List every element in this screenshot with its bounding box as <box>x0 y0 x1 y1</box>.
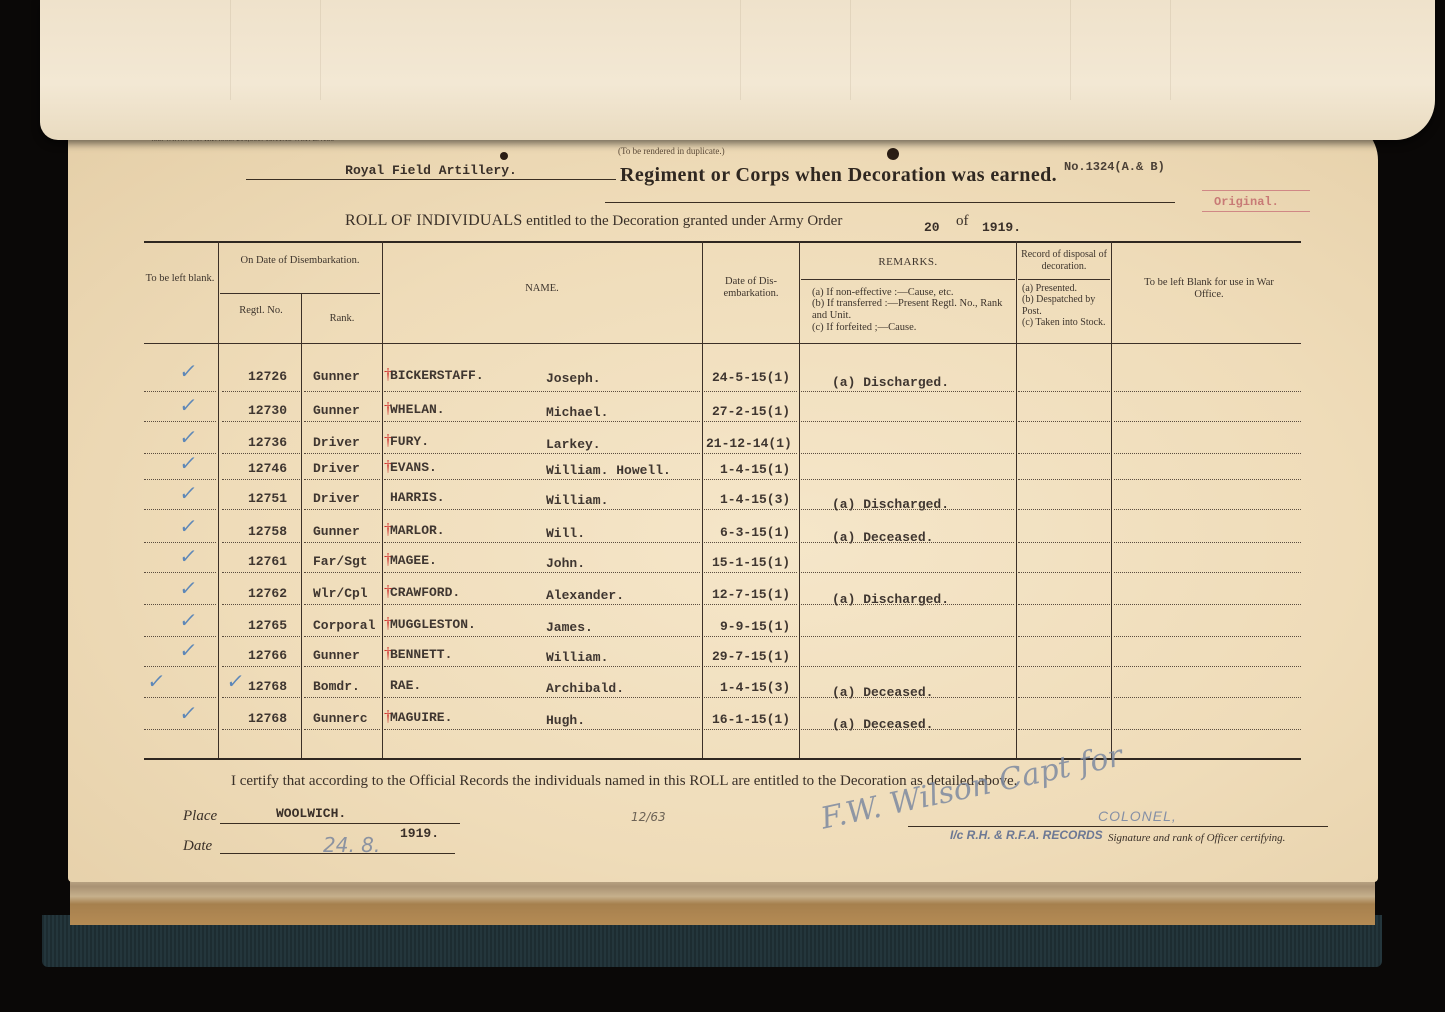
disembarkation-date: 21-12-14(1) <box>706 436 792 451</box>
row-rule <box>304 697 380 698</box>
row-rule <box>1018 636 1110 637</box>
surname: †MAGEE. <box>384 551 437 569</box>
header-to-be-left-blank: To be left blank. <box>144 273 216 285</box>
disembarkation-date: 9-9-15(1) <box>720 619 790 634</box>
header-on-date: On Date of Disembarkation. <box>222 255 378 267</box>
previous-page-flipped <box>40 0 1435 140</box>
row-rule <box>144 391 216 392</box>
row-rule <box>1018 542 1110 543</box>
surname-text: FURY. <box>390 434 429 449</box>
row-rule <box>704 572 797 573</box>
row-rule <box>304 666 380 667</box>
header-regtl-no: Regtl. No. <box>222 305 300 317</box>
surname-text: MARLOR. <box>390 523 445 538</box>
row-rule <box>304 479 380 480</box>
row-rule <box>1018 391 1110 392</box>
forename: Larkey. <box>546 437 601 452</box>
disembarkation-date: 24-5-15(1) <box>712 370 790 385</box>
row-rule <box>384 729 700 730</box>
forename: William. Howell. <box>546 463 671 478</box>
row-rule <box>801 421 1014 422</box>
divider <box>220 293 380 294</box>
row-rule <box>1114 729 1301 730</box>
rank: Gunner <box>313 648 360 663</box>
checkmark-icon: ✓ <box>178 608 199 632</box>
surname-text: MUGGLESTON. <box>390 617 476 632</box>
header-name: NAME. <box>384 283 700 295</box>
row-rule <box>801 636 1014 637</box>
regtl-no: 12768 <box>248 679 287 694</box>
row-rule <box>1018 666 1110 667</box>
surname: HARRIS. <box>384 488 445 506</box>
header-remarks-b: (b) If transferred :—Present Regtl. No.,… <box>812 298 1012 321</box>
row-rule <box>1114 572 1301 573</box>
forename: James. <box>546 620 593 635</box>
checkmark-icon: ✓ <box>178 576 199 600</box>
regtl-no: 12751 <box>248 491 287 506</box>
army-order-year: 1919. <box>982 220 1021 235</box>
disembarkation-date: 12-7-15(1) <box>712 587 790 602</box>
row-rule <box>144 604 216 605</box>
row-rule <box>801 729 1014 730</box>
divider <box>1016 241 1017 759</box>
row-rule <box>704 697 797 698</box>
row-rule <box>144 509 216 510</box>
duplicate-note: (To be rendered in duplicate.) <box>618 146 725 156</box>
surname-text: MAGUIRE. <box>390 710 452 725</box>
row-rule <box>144 636 216 637</box>
row-rule <box>384 391 700 392</box>
divider <box>301 293 302 759</box>
original-stamp: Original. <box>1202 190 1310 212</box>
divider <box>144 343 1301 344</box>
surname-text: WHELAN. <box>390 402 445 417</box>
regtl-no: 12766 <box>248 648 287 663</box>
place-label: Place <box>183 808 217 825</box>
row-rule <box>1018 479 1110 480</box>
row-rule <box>304 604 380 605</box>
checkmark-icon: ✓ <box>178 393 199 417</box>
row-rule <box>1114 391 1301 392</box>
checkmark-icon: ✓ <box>178 638 199 662</box>
row-rule <box>801 542 1014 543</box>
checkmark-icon: ✓ <box>178 481 199 505</box>
forename: Alexander. <box>546 588 624 603</box>
row-rule <box>304 453 380 454</box>
disembarkation-date: 15-1-15(1) <box>712 555 790 570</box>
form-number: No.1324(A.& B) <box>1064 160 1165 174</box>
row-rule <box>304 729 380 730</box>
disembarkation-date: 27-2-15(1) <box>712 404 790 419</box>
divider <box>1111 241 1112 759</box>
records-stamp: I/c R.H. & R.F.A. RECORDS <box>950 828 1103 842</box>
regtl-no: 12730 <box>248 403 287 418</box>
row-rule <box>144 453 216 454</box>
row-rule <box>304 509 380 510</box>
row-rule <box>1018 572 1110 573</box>
surname: †BENNETT. <box>384 645 452 663</box>
date-handwritten: 24. 8. <box>323 833 380 857</box>
row-rule <box>304 636 380 637</box>
surname-text: BENNETT. <box>390 647 452 662</box>
row-rule <box>384 421 700 422</box>
divider <box>1018 279 1110 280</box>
row-rule <box>384 479 700 480</box>
row-rule <box>801 479 1014 480</box>
surname-text: RAE. <box>390 678 421 693</box>
regtl-no: 12736 <box>248 435 287 450</box>
row-rule <box>1114 479 1301 480</box>
row-rule <box>222 542 300 543</box>
row-rule <box>384 697 700 698</box>
row-rule <box>222 509 300 510</box>
roll-heading-caps: ROLL OF INDIVIDUALS <box>345 212 522 229</box>
roll-heading-text: entitled to the Decoration granted under… <box>526 213 842 229</box>
row-rule <box>1114 666 1301 667</box>
row-rule <box>222 453 300 454</box>
divider <box>144 241 1301 243</box>
row-rule <box>1114 421 1301 422</box>
rank: Far/Sgt <box>313 554 368 569</box>
row-rule <box>304 542 380 543</box>
row-rule <box>1018 421 1110 422</box>
roll-heading: ROLL OF INDIVIDUALS entitled to the Deco… <box>345 212 842 230</box>
checkmark-icon: ✓ <box>178 701 199 725</box>
row-rule <box>801 666 1014 667</box>
regiment-title: Regiment or Corps when Decoration was ea… <box>620 164 1057 187</box>
disembarkation-date: 1-4-15(3) <box>720 680 790 695</box>
disembarkation-date: 1-4-15(3) <box>720 492 790 507</box>
row-rule <box>704 729 797 730</box>
regtl-no: 12768 <box>248 711 287 726</box>
header-date-disembarkation: Date of Dis- embarkation. <box>706 276 796 299</box>
header-remarks: REMARKS. <box>801 257 1015 269</box>
colonel-stamp: COLONEL, <box>1098 808 1177 824</box>
rank: Driver <box>313 491 360 506</box>
surname: †FURY. <box>384 432 429 450</box>
disembarkation-date: 6-3-15(1) <box>720 525 790 540</box>
row-rule <box>384 572 700 573</box>
divider <box>382 241 383 759</box>
row-rule <box>222 421 300 422</box>
row-rule <box>704 421 797 422</box>
row-rule <box>1018 604 1110 605</box>
header-remarks-a: (a) If non-effective :—Cause, etc. <box>812 287 1012 299</box>
pencil-note: 12/63 <box>631 810 666 824</box>
row-rule <box>704 509 797 510</box>
surname-text: CRAWFORD. <box>390 585 460 600</box>
divider <box>801 279 1015 280</box>
row-rule <box>222 636 300 637</box>
rank: Driver <box>313 435 360 450</box>
forename: Hugh. <box>546 713 585 728</box>
rank: Bomdr. <box>313 679 360 694</box>
row-rule <box>222 572 300 573</box>
row-rule <box>1114 697 1301 698</box>
disembarkation-date: 1-4-15(1) <box>720 462 790 477</box>
signature-line <box>908 826 1328 827</box>
regtl-no: 12758 <box>248 524 287 539</box>
signature-caption: Signature and rank of Officer certifying… <box>1108 832 1285 844</box>
row-rule <box>1018 697 1110 698</box>
forename: John. <box>546 556 585 571</box>
row-rule <box>222 479 300 480</box>
divider <box>702 241 703 759</box>
header-record-disposal: Record of disposal of decoration. <box>1018 249 1110 272</box>
row-rule <box>704 391 797 392</box>
header-war-office: To be left Blank for use in War Office. <box>1144 277 1274 300</box>
row-rule <box>1018 729 1110 730</box>
date-label: Date <box>183 838 212 855</box>
row-rule <box>1114 509 1301 510</box>
surname: †WHELAN. <box>384 400 445 418</box>
date-year: 1919. <box>400 826 439 841</box>
row-rule <box>1114 453 1301 454</box>
row-rule <box>704 453 797 454</box>
punch-hole <box>500 152 508 160</box>
row-rule <box>704 666 797 667</box>
checkmark-icon: ✓ <box>178 359 199 383</box>
row-rule <box>704 604 797 605</box>
row-rule <box>144 697 216 698</box>
surname-text: EVANS. <box>390 460 437 475</box>
rank: Gunnerc <box>313 711 368 726</box>
divider <box>799 241 800 759</box>
row-rule <box>384 453 700 454</box>
row-rule <box>1114 604 1301 605</box>
row-rule <box>384 604 700 605</box>
row-rule <box>384 636 700 637</box>
row-rule <box>144 542 216 543</box>
forename: Joseph. <box>546 371 601 386</box>
row-rule <box>304 391 380 392</box>
divider <box>605 202 1175 203</box>
row-rule <box>801 572 1014 573</box>
forename: Archibald. <box>546 681 624 696</box>
row-rule <box>222 697 300 698</box>
forename: Will. <box>546 526 585 541</box>
row-rule <box>304 572 380 573</box>
regtl-no: 12765 <box>248 618 287 633</box>
surname: RAE. <box>384 676 421 694</box>
checkmark-icon: ✓ <box>178 544 199 568</box>
surname: †BICKERSTAFF. <box>384 366 484 384</box>
header-disposal-c: (c) Taken into Stock. <box>1022 317 1108 329</box>
row-rule <box>384 509 700 510</box>
army-order-number: 20 <box>924 220 940 235</box>
checkmark-icon: ✓ <box>178 425 199 449</box>
surname: †MUGGLESTON. <box>384 615 476 633</box>
regiment-name: Royal Field Artillery. <box>246 163 616 180</box>
row-rule <box>1018 509 1110 510</box>
checkmark-icon: ✓ <box>178 514 199 538</box>
row-rule <box>144 572 216 573</box>
regtl-no: 12762 <box>248 586 287 601</box>
row-rule <box>704 542 797 543</box>
row-rule <box>801 697 1014 698</box>
rank: Corporal <box>313 618 375 633</box>
row-rule <box>801 604 1014 605</box>
row-rule <box>304 421 380 422</box>
rank: Wlr/Cpl <box>313 586 368 601</box>
rank: Gunner <box>313 369 360 384</box>
row-rule <box>222 666 300 667</box>
row-rule <box>144 666 216 667</box>
forename: William. <box>546 650 608 665</box>
surname-text: BICKERSTAFF. <box>390 368 484 383</box>
divider <box>144 758 1301 760</box>
row-rule <box>384 542 700 543</box>
surname-text: HARRIS. <box>390 490 445 505</box>
checkmark-icon: ✓ <box>178 451 199 475</box>
row-rule <box>801 453 1014 454</box>
regtl-no: 12746 <box>248 461 287 476</box>
row-rule <box>1018 453 1110 454</box>
row-rule <box>222 391 300 392</box>
surname: †EVANS. <box>384 458 437 476</box>
row-rule <box>222 729 300 730</box>
row-rule <box>384 666 700 667</box>
place-field-line <box>220 823 460 824</box>
surname: †MAGUIRE. <box>384 708 452 726</box>
header-rank: Rank. <box>304 313 380 325</box>
row-rule <box>222 604 300 605</box>
surname: †CRAWFORD. <box>384 583 460 601</box>
forename: Michael. <box>546 405 608 420</box>
row-rule <box>144 479 216 480</box>
regtl-no: 12726 <box>248 369 287 384</box>
row-rule <box>144 421 216 422</box>
row-rule <box>1114 636 1301 637</box>
rank: Gunner <box>313 403 360 418</box>
header-disposal-a: (a) Presented. <box>1022 283 1108 295</box>
remarks: (a) Discharged. <box>832 375 949 390</box>
forename: William. <box>546 493 608 508</box>
rank: Driver <box>313 461 360 476</box>
row-rule <box>801 509 1014 510</box>
row-rule <box>704 636 797 637</box>
disembarkation-date: 16-1-15(1) <box>712 712 790 727</box>
place-value: WOOLWICH. <box>276 806 346 821</box>
rank: Gunner <box>313 524 360 539</box>
row-rule <box>801 391 1014 392</box>
surname: †MARLOR. <box>384 521 445 539</box>
punch-hole <box>887 148 899 160</box>
header-disposal-b: (b) Despatched by Post. <box>1022 294 1108 317</box>
of-label: of <box>956 213 969 230</box>
row-rule <box>1114 542 1301 543</box>
row-rule <box>144 729 216 730</box>
roll-page: 458. Wt.W.7040. H.P.4565. 200,000. 19.11… <box>68 120 1378 882</box>
header-remarks-c: (c) If forfeited ;—Cause. <box>812 322 1012 334</box>
disembarkation-date: 29-7-15(1) <box>712 649 790 664</box>
row-rule <box>704 479 797 480</box>
regtl-no: 12761 <box>248 554 287 569</box>
surname-text: MAGEE. <box>390 553 437 568</box>
